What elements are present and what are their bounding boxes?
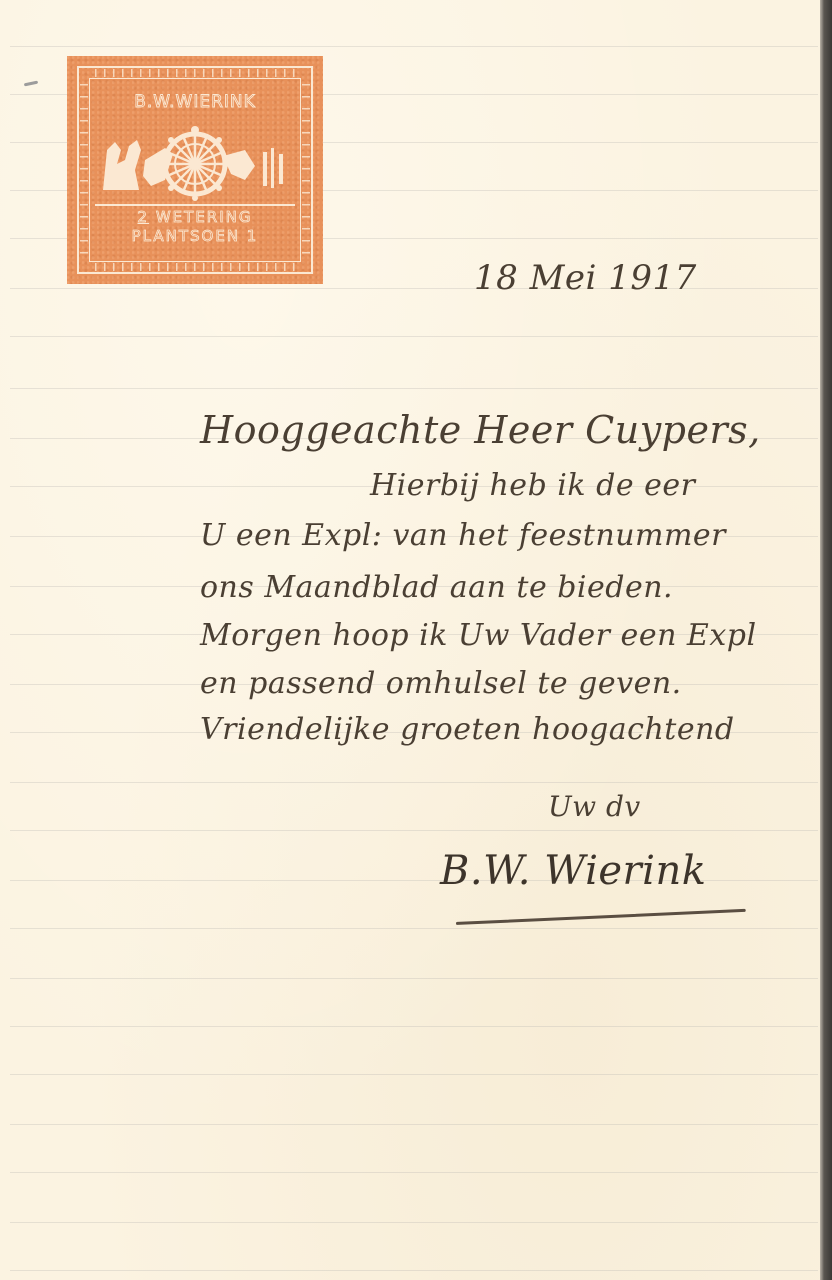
letterhead-address-line2: PLANTSOEN 1: [95, 227, 295, 245]
letter-date: 18 Mei 1917: [474, 258, 697, 298]
ruled-line: [10, 782, 818, 783]
letter-body-line: Morgen hoop ik Uw Vader een Expl: [200, 618, 757, 653]
letter-signature: B.W. Wierink: [440, 848, 706, 894]
letter-closing: Uw dv: [548, 790, 641, 823]
ruled-line: [10, 388, 818, 389]
ruled-line: [10, 978, 818, 979]
letterhead-divider: [95, 204, 295, 206]
ruled-line: [10, 336, 818, 337]
ruled-line: [10, 1074, 818, 1075]
scan-edge: [820, 0, 832, 1280]
pencil-mark: [24, 81, 38, 87]
ruled-line: [10, 928, 818, 929]
letter-page: B.W.WIERINK: [0, 0, 820, 1280]
letter-salutation: Hooggeachte Heer Cuypers,: [200, 408, 761, 452]
letterhead-left-ticks: [80, 84, 88, 256]
letter-body-line: en passend omhulsel te geven.: [200, 666, 682, 701]
ruled-line: [10, 288, 818, 289]
ruled-line: [10, 1026, 818, 1027]
letterhead-address-street: WETERING: [156, 208, 253, 226]
letter-body-line: Hierbij heb ik de eer: [370, 468, 695, 503]
ruled-line: [10, 1270, 818, 1271]
signature-underline: [456, 909, 746, 925]
letter-body-line: Vriendelijke groeten hoogachtend: [200, 712, 735, 747]
letterhead-name: B.W.WIERINK: [95, 92, 295, 112]
ruled-line: [10, 46, 818, 47]
letter-body-line: ons Maandblad aan te bieden.: [200, 570, 673, 605]
letterhead-address-number: 2: [138, 208, 150, 226]
letterhead-stamp: B.W.WIERINK: [67, 56, 323, 284]
letter-body-line: U een Expl: van het feestnummer: [200, 518, 726, 553]
ruled-line: [10, 1124, 818, 1125]
letterhead-bottom-ticks: [95, 263, 295, 271]
letterhead-right-ticks: [302, 84, 310, 256]
ruled-line: [10, 1172, 818, 1173]
letterhead-top-ticks: [95, 69, 295, 77]
ruled-line: [10, 1222, 818, 1223]
letterhead-address-line1: 2 WETERING: [95, 208, 295, 226]
windmill-wheel-figures-icon: [95, 120, 295, 202]
ruled-line: [10, 830, 818, 831]
